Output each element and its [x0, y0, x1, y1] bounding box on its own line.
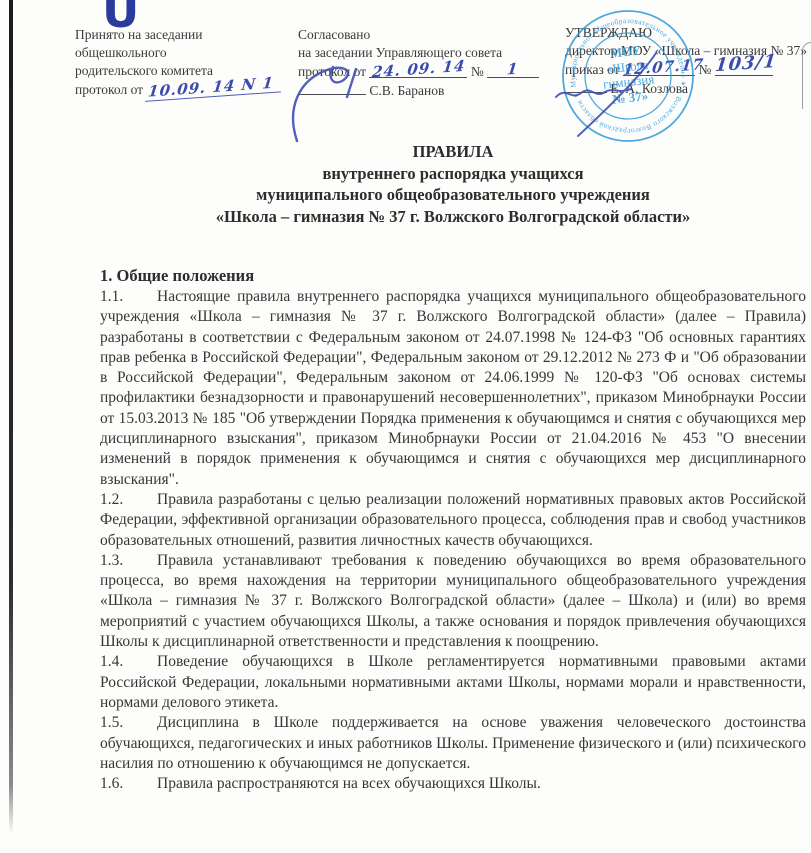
paragraph-number: 1.3. — [100, 551, 157, 571]
signature-blank — [298, 81, 366, 95]
school-round-stamp-icon: Муниципальное общеобразовательное учрежд… — [553, 2, 703, 152]
number-blank: 1 — [487, 62, 539, 78]
number-label: № — [471, 64, 484, 79]
paragraph-text: Поведение обучающихся в Школе регламенти… — [100, 653, 806, 711]
approval-left-protocol-line: протокол от 10.09. 14 N 1 — [75, 80, 282, 99]
date-blank: 24. 09. 14 — [369, 62, 467, 78]
approval-left-line: общешкольного — [75, 44, 282, 62]
stamp-center-line: № 37» — [612, 88, 649, 107]
handwritten-number: 1 — [506, 60, 519, 79]
protocol-prefix: протокол от — [298, 64, 366, 79]
paragraph-1-2: 1.2.Правила разработаны с целью реализац… — [100, 490, 806, 551]
title-line: внутреннего распорядка учащихся — [100, 163, 806, 185]
handwritten-number: 103/1 — [714, 53, 777, 75]
paragraph-1-5: 1.5.Дисциплина в Школе поддерживается на… — [100, 713, 806, 774]
paragraph-text: Дисциплина в Школе поддерживается на осн… — [100, 714, 806, 772]
paragraph-text: Правила разработаны с целью реализации п… — [100, 491, 806, 549]
paragraph-number: 1.2. — [100, 490, 157, 510]
section-heading: 1. Общие положения — [100, 266, 806, 286]
paragraph-text: Правила устанавливают требования к повед… — [100, 552, 806, 650]
paragraph-text: Настоящие правила внутреннего распорядка… — [100, 288, 806, 488]
protocol-prefix: протокол от — [75, 82, 143, 97]
title-line: муниципального общеобразовательного учре… — [100, 184, 806, 206]
document-title: ПРАВИЛА внутреннего распорядка учащихся … — [100, 141, 806, 227]
signatory-name: С.В. Баранов — [369, 83, 444, 98]
number-blank: 103/1 — [715, 60, 773, 76]
paragraph-number: 1.5. — [100, 713, 157, 733]
paragraph-1-1: 1.1.Настоящие правила внутреннего распор… — [100, 287, 806, 490]
document-body: 1. Общие положения 1.1.Настоящие правила… — [100, 266, 806, 794]
paragraph-number: 1.6. — [100, 774, 157, 794]
paragraph-number: 1.4. — [100, 652, 157, 672]
paragraph-1-4: 1.4.Поведение обучающихся в Школе реглам… — [100, 652, 806, 713]
scan-edge-shadow — [9, 0, 13, 834]
approval-middle-signature-line: С.В. Баранов — [298, 81, 539, 100]
scanned-document-page: U Принято на заседании общешкольного род… — [0, 0, 811, 853]
paragraph-1-3: 1.3.Правила устанавливают требования к п… — [100, 551, 806, 652]
approval-middle-protocol-line: протокол от 24. 09. 14 № 1 — [298, 62, 539, 81]
paragraph-1-6: 1.6.Правила распространяются на всех обу… — [100, 774, 806, 794]
title-line: ПРАВИЛА — [100, 141, 806, 163]
paragraph-text: Правила распространяются на всех обучающ… — [157, 775, 541, 792]
agreed-label: Согласовано — [298, 26, 539, 44]
approval-left-line: Принято на заседании — [75, 26, 282, 44]
paragraph-number: 1.1. — [100, 287, 157, 307]
approval-left-block: Принято на заседании общешкольного родит… — [75, 26, 282, 99]
approval-middle-block: Согласовано на заседании Управляющего со… — [298, 26, 539, 100]
title-line: «Школа – гимназия № 37 г. Волжского Волг… — [100, 206, 806, 228]
